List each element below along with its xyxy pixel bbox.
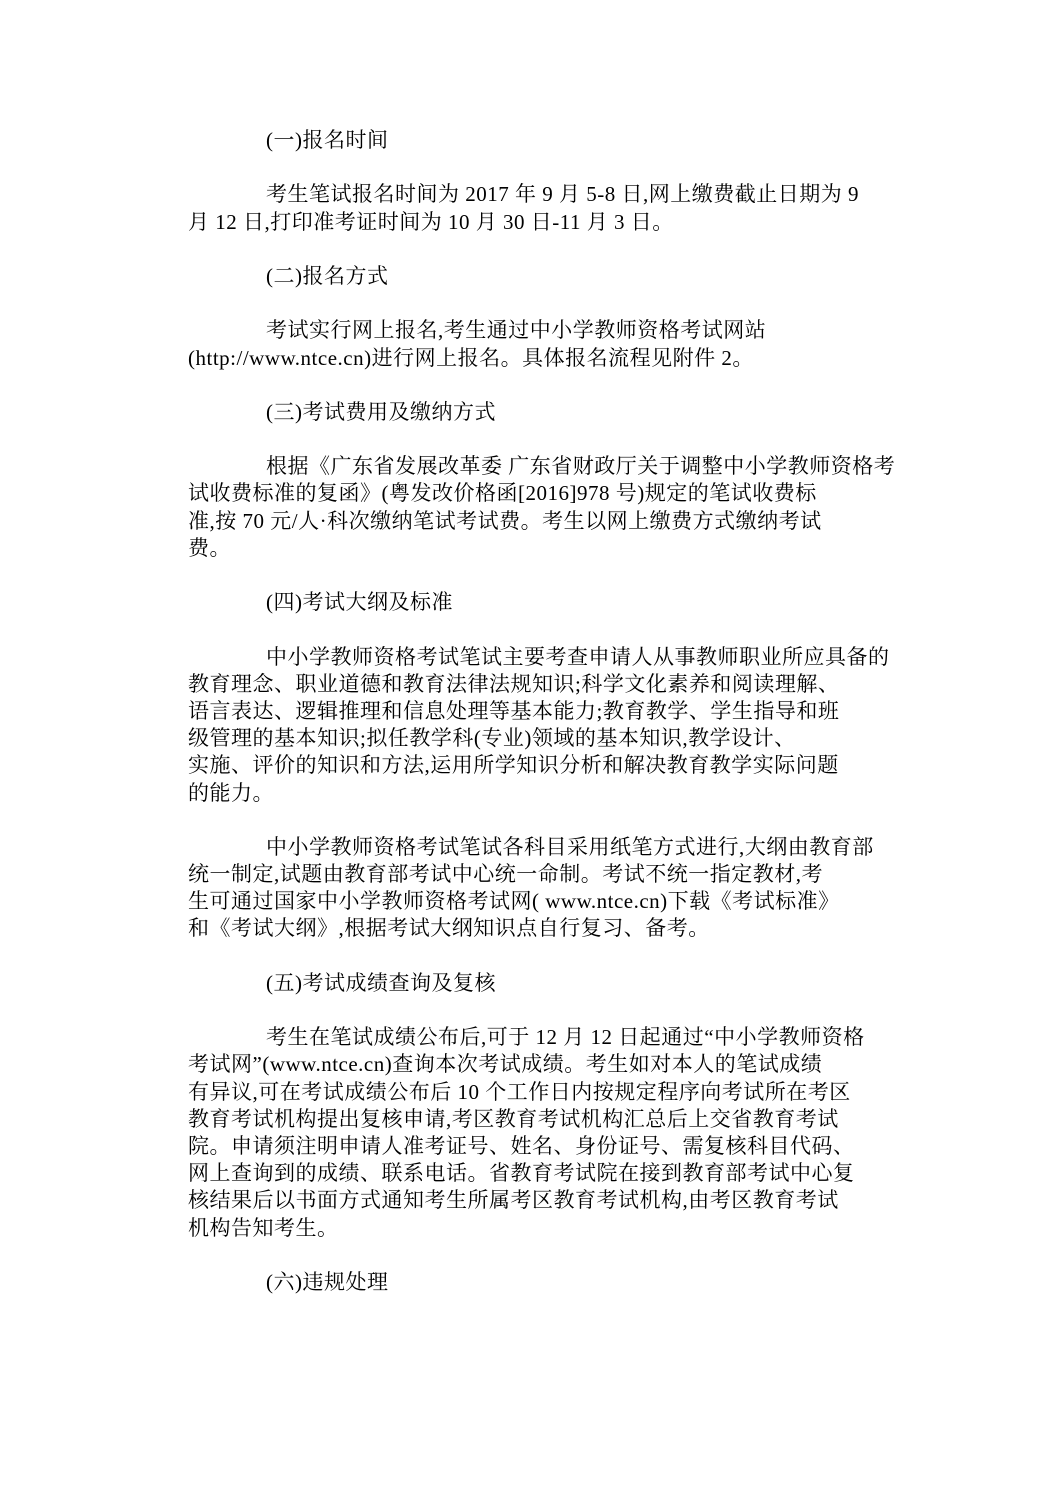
- section-3-paragraph: 根据《广东省发展改革委 广东省财政厅关于调整中小学教师资格考试收费标准的复函》(…: [188, 453, 910, 562]
- section-1-heading-line-1: (一)报名时间: [188, 127, 910, 154]
- section-4-paragraph-2-line-2: 统一制定,试题由教育部考试中心统一命制。考试不统一指定教材,考: [188, 861, 910, 888]
- section-2-paragraph-line-2: (http://www.ntce.cn)进行网上报名。具体报名流程见附件 2。: [188, 345, 910, 372]
- section-4-paragraph-1-line-2: 教育理念、职业道德和教育法律法规知识;科学文化素养和阅读理解、: [188, 671, 910, 698]
- section-5-paragraph-line-3: 有异议,可在考试成绩公布后 10 个工作日内按规定程序向考试所在考区: [188, 1079, 910, 1106]
- section-5-paragraph-line-7: 核结果后以书面方式通知考生所属考区教育考试机构,由考区教育考试: [188, 1187, 910, 1214]
- section-3-paragraph-line-4: 费。: [188, 535, 910, 562]
- section-5-paragraph-line-1: 考生在笔试成绩公布后,可于 12 月 12 日起通过“中小学教师资格: [188, 1024, 910, 1051]
- section-5-paragraph: 考生在笔试成绩公布后,可于 12 月 12 日起通过“中小学教师资格考试网”(w…: [188, 1024, 910, 1242]
- section-6-heading: (六)违规处理: [188, 1269, 910, 1296]
- section-1-paragraph: 考生笔试报名时间为 2017 年 9 月 5-8 日,网上缴费截止日期为 9月 …: [188, 181, 910, 235]
- section-4-paragraph-2-line-1: 中小学教师资格考试笔试各科目采用纸笔方式进行,大纲由教育部: [188, 834, 910, 861]
- section-3-paragraph-line-2: 试收费标准的复函》(粤发改价格函[2016]978 号)规定的笔试收费标: [188, 480, 910, 507]
- section-4-paragraph-1: 中小学教师资格考试笔试主要考查申请人从事教师职业所应具备的教育理念、职业道德和教…: [188, 644, 910, 807]
- document-page: (一)报名时间考生笔试报名时间为 2017 年 9 月 5-8 日,网上缴费截止…: [0, 0, 1058, 1497]
- section-1-paragraph-line-2: 月 12 日,打印准考证时间为 10 月 30 日-11 月 3 日。: [188, 209, 910, 236]
- section-3-paragraph-line-1: 根据《广东省发展改革委 广东省财政厅关于调整中小学教师资格考: [188, 453, 910, 480]
- section-3-paragraph-line-3: 准,按 70 元/人·科次缴纳笔试考试费。考生以网上缴费方式缴纳考试: [188, 508, 910, 535]
- section-3-heading-line-1: (三)考试费用及缴纳方式: [188, 399, 910, 426]
- section-5-paragraph-line-5: 院。申请须注明申请人准考证号、姓名、身份证号、需复核科目代码、: [188, 1133, 910, 1160]
- section-4-heading-line-1: (四)考试大纲及标准: [188, 589, 910, 616]
- section-4-paragraph-1-line-1: 中小学教师资格考试笔试主要考查申请人从事教师职业所应具备的: [188, 644, 910, 671]
- section-4-paragraph-1-line-3: 语言表达、逻辑推理和信息处理等基本能力;教育教学、学生指导和班: [188, 698, 910, 725]
- section-4-paragraph-1-line-6: 的能力。: [188, 780, 910, 807]
- document-body: (一)报名时间考生笔试报名时间为 2017 年 9 月 5-8 日,网上缴费截止…: [188, 127, 910, 1323]
- section-5-paragraph-line-4: 教育考试机构提出复核申请,考区教育考试机构汇总后上交省教育考试: [188, 1106, 910, 1133]
- section-5-paragraph-line-8: 机构告知考生。: [188, 1215, 910, 1242]
- section-4-paragraph-2-line-4: 和《考试大纲》,根据考试大纲知识点自行复习、备考。: [188, 915, 910, 942]
- section-5-heading-line-1: (五)考试成绩查询及复核: [188, 970, 910, 997]
- section-4-paragraph-2-line-3: 生可通过国家中小学教师资格考试网( www.ntce.cn)下载《考试标准》: [188, 888, 910, 915]
- section-2-paragraph-line-1: 考试实行网上报名,考生通过中小学教师资格考试网站: [188, 317, 910, 344]
- section-3-heading: (三)考试费用及缴纳方式: [188, 399, 910, 426]
- section-4-heading: (四)考试大纲及标准: [188, 589, 910, 616]
- section-4-paragraph-1-line-4: 级管理的基本知识;拟任教学科(专业)领域的基本知识,教学设计、: [188, 725, 910, 752]
- section-5-paragraph-line-2: 考试网”(www.ntce.cn)查询本次考试成绩。考生如对本人的笔试成绩: [188, 1051, 910, 1078]
- section-6-heading-line-1: (六)违规处理: [188, 1269, 910, 1296]
- section-4-paragraph-2: 中小学教师资格考试笔试各科目采用纸笔方式进行,大纲由教育部统一制定,试题由教育部…: [188, 834, 910, 943]
- section-2-heading: (二)报名方式: [188, 263, 910, 290]
- section-5-paragraph-line-6: 网上查询到的成绩、联系电话。省教育考试院在接到教育部考试中心复: [188, 1160, 910, 1187]
- section-1-paragraph-line-1: 考生笔试报名时间为 2017 年 9 月 5-8 日,网上缴费截止日期为 9: [188, 181, 910, 208]
- section-1-heading: (一)报名时间: [188, 127, 910, 154]
- section-2-paragraph: 考试实行网上报名,考生通过中小学教师资格考试网站(http://www.ntce…: [188, 317, 910, 371]
- section-5-heading: (五)考试成绩查询及复核: [188, 970, 910, 997]
- section-4-paragraph-1-line-5: 实施、评价的知识和方法,运用所学知识分析和解决教育教学实际问题: [188, 752, 910, 779]
- section-2-heading-line-1: (二)报名方式: [188, 263, 910, 290]
